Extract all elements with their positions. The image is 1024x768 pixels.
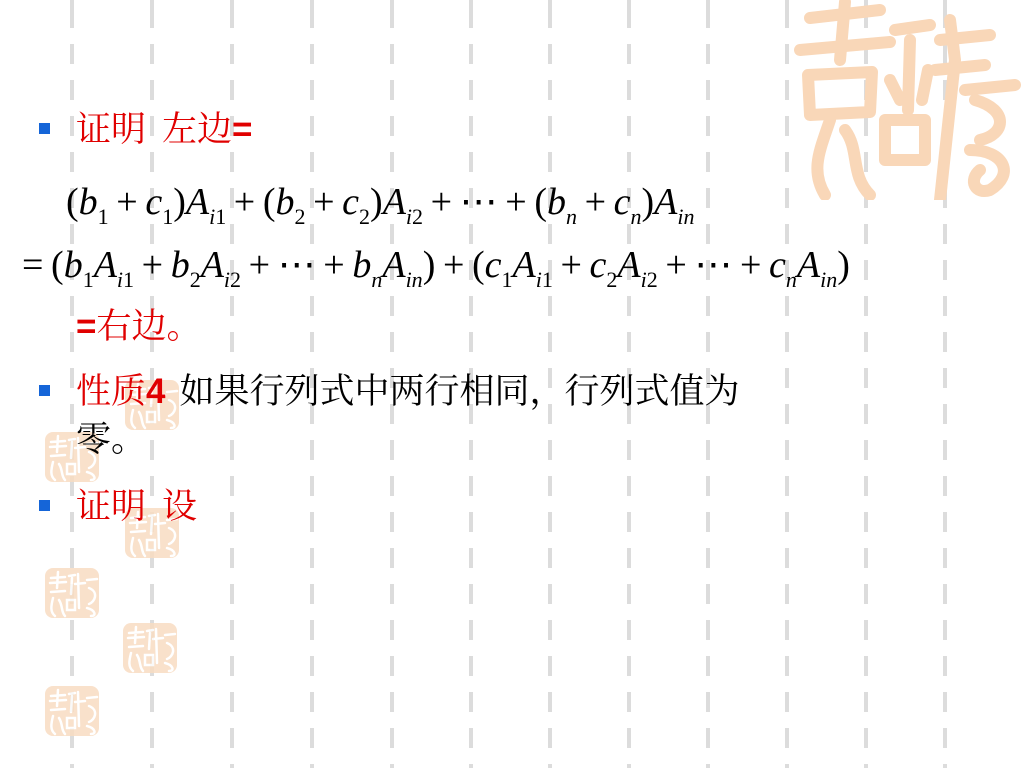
property-statement: 性质4如果行列式中两行相同，行列式值为 bbox=[76, 372, 740, 412]
property-label: 性质 bbox=[76, 372, 146, 412]
equals-sign: = bbox=[232, 110, 252, 149]
small-seal-stamp-icon bbox=[123, 623, 177, 673]
left-side-label: 左边 bbox=[162, 110, 232, 150]
math-line-2: = (b1Ai1 + b2Ai2 + ⋯ + bnAin) + (c1Ai1 +… bbox=[22, 244, 850, 286]
bullet-marker bbox=[39, 500, 50, 511]
dashed-line bbox=[785, 0, 789, 768]
math-line-1: (b1 + c1)Ai1 + (b2 + c2)Ai2 + ⋯ + (bn + … bbox=[66, 181, 695, 223]
math-split-line: = (b1Ai1 + b2Ai2 + ⋯ + bnAin) + (c1Ai1 +… bbox=[22, 243, 850, 287]
conclusion-line: =右边。 bbox=[76, 307, 201, 347]
proof2-text: 设 bbox=[162, 487, 197, 527]
property-text: 如果行列式中两行相同，行列式值为 bbox=[179, 372, 739, 412]
property-text-continued: 零。 bbox=[76, 420, 146, 460]
auspicious-seal-watermark-icon bbox=[790, 0, 1024, 200]
math-expansion-line: (b1 + c1)Ai1 + (b2 + c2)Ai2 + ⋯ + (bn + … bbox=[66, 180, 695, 224]
bullet-marker bbox=[39, 385, 50, 396]
small-seal-stamp-icon bbox=[45, 568, 99, 618]
dashed-line bbox=[70, 0, 74, 768]
conclusion-text: 右边。 bbox=[96, 307, 201, 347]
proof2-label: 证明 bbox=[76, 487, 146, 527]
small-seal-stamp-icon bbox=[45, 686, 99, 736]
proof-heading: 证明左边= bbox=[76, 110, 252, 150]
property-number: 4 bbox=[146, 372, 165, 411]
conclusion-equals: = bbox=[76, 307, 96, 346]
bullet-marker bbox=[39, 123, 50, 134]
proof2-heading: 证明设 bbox=[76, 487, 197, 527]
proof-label: 证明 bbox=[76, 110, 146, 150]
